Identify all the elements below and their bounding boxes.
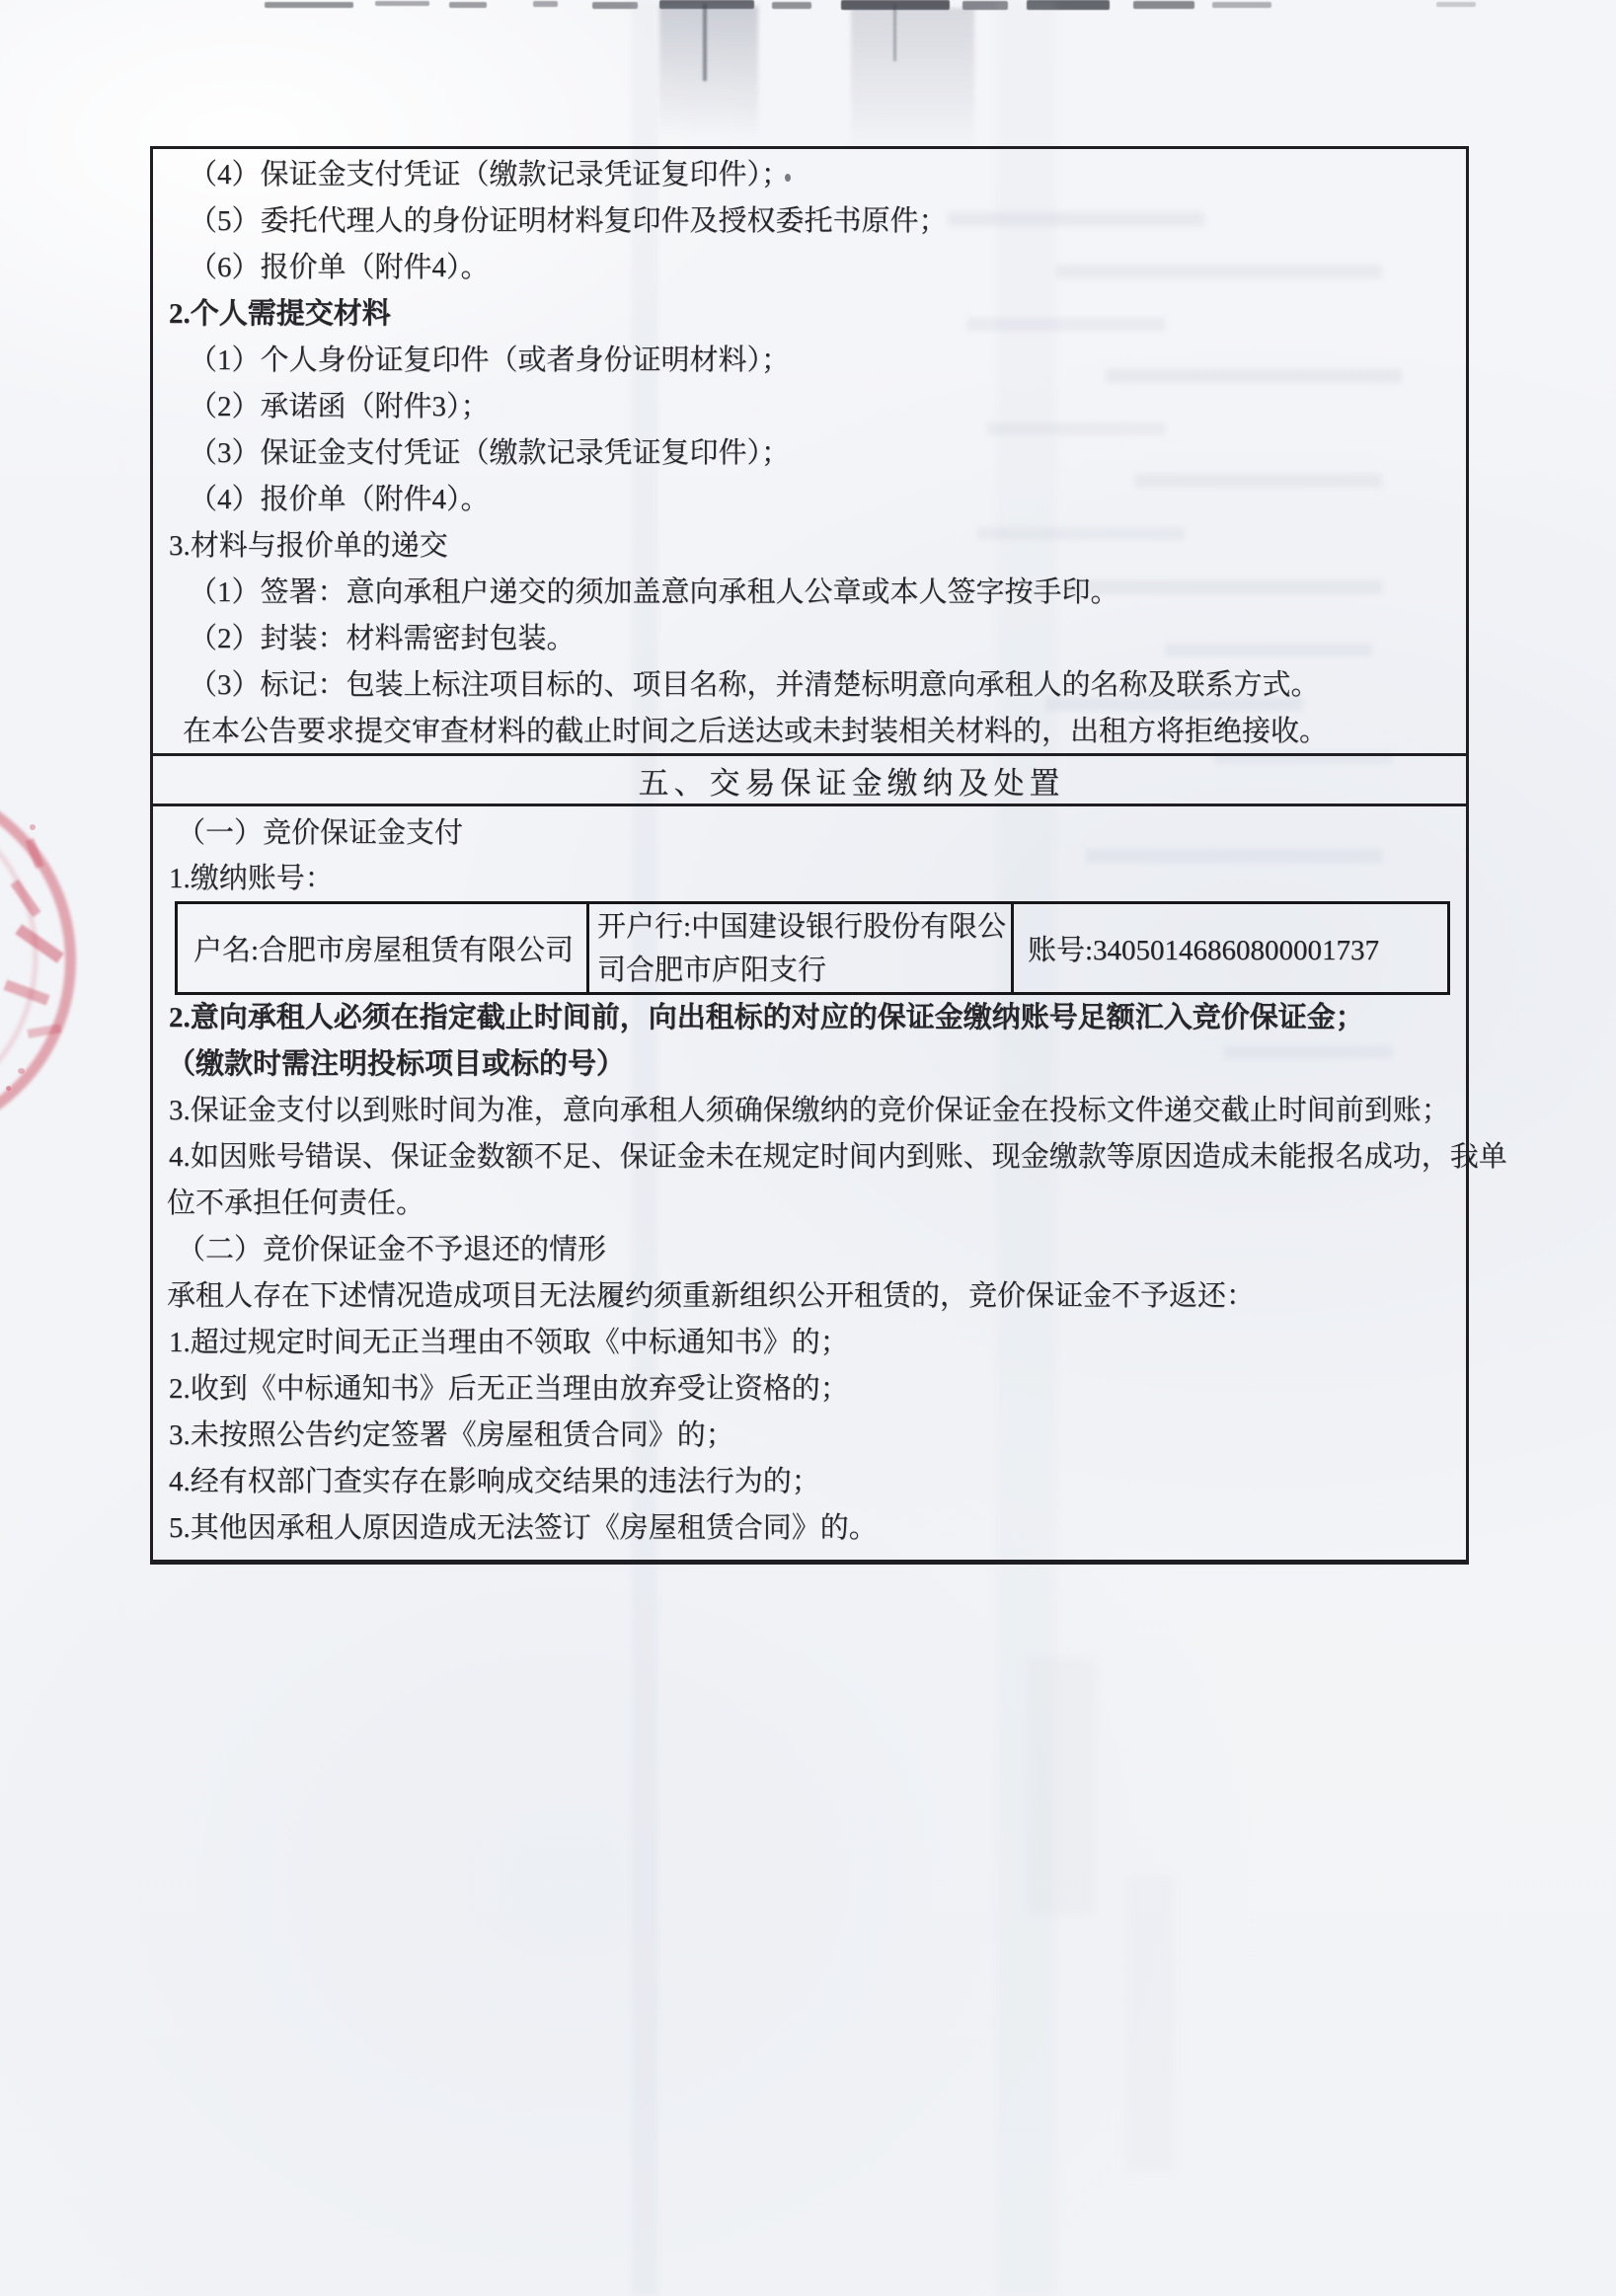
scan-smudge [1212, 2, 1271, 8]
doc-line: 承租人存在下述情况造成项目无法履约须重新组织公开租赁的，竞价保证金不予返还： [153, 1273, 1466, 1320]
scan-smudge [375, 1, 429, 6]
doc-line: （1）签署：意向承租户递交的须加盖意向承租人公章或本人签字按手印。 [153, 570, 1466, 616]
doc-line: （6）报价单（附件4）。 [153, 245, 1466, 291]
deposit-account-table: 户名:合肥市房屋租赁有限公司 开户行:中国建设银行股份有限公司合肥市庐阳支行 账… [175, 901, 1450, 995]
doc-line: 4.如因账号错误、保证金数额不足、保证金未在规定时间内到账、现金缴款等原因造成未… [153, 1134, 1466, 1181]
doc-line: 3.未按照公告约定签署《房屋租赁合同》的； [153, 1413, 1466, 1459]
scan-drip-line [893, 4, 896, 61]
section-5-title: 五、交易保证金缴纳及处置 [639, 758, 1065, 803]
doc-line: 3.材料与报价单的递交 [153, 523, 1466, 570]
scan-drip-line [703, 4, 707, 81]
red-stamp-speck [6, 1086, 11, 1091]
scan-smudge [1436, 2, 1476, 7]
doc-line: 1.缴纳账号： [153, 856, 1466, 901]
doc-line: 2.收到《中标通知书》后无正当理由放弃受让资格的； [153, 1366, 1466, 1413]
document-table: （4）保证金支付凭证（缴款记录凭证复印件）； （5）委托代理人的身份证明材料复印… [150, 146, 1469, 1565]
scan-smudge [265, 2, 353, 8]
section-5-header-row: 五、交易保证金缴纳及处置 [153, 753, 1466, 806]
scan-drip-streak [851, 8, 974, 151]
doc-line: 位不承担任何责任。 [153, 1181, 1466, 1227]
doc-line: 2.意向承租人必须在指定截止时间前，向出租标的对应的保证金缴纳账号足额汇入竞价保… [153, 995, 1466, 1041]
section-4-materials-block: （4）保证金支付凭证（缴款记录凭证复印件）； （5）委托代理人的身份证明材料复印… [153, 149, 1466, 753]
doc-line: （3）保证金支付凭证（缴款记录凭证复印件）； [153, 430, 1466, 477]
doc-line: 1.超过规定时间无正当理由不领取《中标通知书》的； [153, 1320, 1466, 1366]
doc-line: （5）委托代理人的身份证明材料复印件及授权委托书原件； [153, 198, 1466, 245]
doc-line: （1）个人身份证复印件（或者身份证明材料）； [153, 338, 1466, 384]
doc-line: 在本公告要求提交审查材料的截止时间之后送达或未封装相关材料的，出租方将拒绝接收。 [153, 709, 1466, 755]
doc-line: （2）封装：材料需密封包装。 [153, 616, 1466, 662]
doc-line: （3）标记：包装上标注项目标的、项目名称，并清楚标明意向承租人的名称及联系方式。 [153, 662, 1466, 709]
doc-line: 2.个人需提交材料 [153, 291, 1466, 338]
doc-line: （缴款时需注明投标项目或标的号） [153, 1041, 1466, 1088]
account-number-cell: 账号:34050146860800001737 [1014, 904, 1447, 992]
doc-line: （二）竞价保证金不予退还的情形 [153, 1227, 1466, 1273]
doc-line: （4）报价单（附件4）。 [153, 477, 1466, 523]
scan-smudge [1133, 1, 1194, 9]
doc-line: （4）保证金支付凭证（缴款记录凭证复印件）； [153, 152, 1466, 198]
doc-line: 3.保证金支付以到账时间为准，意向承租人须确保缴纳的竞价保证金在投标文件递交截止… [153, 1088, 1466, 1134]
doc-line: （一）竞价保证金支付 [153, 810, 1466, 856]
bleed-mark [1027, 1658, 1096, 1915]
scan-smudge [533, 1, 558, 7]
doc-line: 5.其他因承租人原因造成无法签订《房屋租赁合同》的。 [153, 1505, 1466, 1552]
bank-branch-cell: 开户行:中国建设银行股份有限公司合肥市庐阳支行 [589, 904, 1014, 992]
section-5-content-block: （一）竞价保证金支付 1.缴纳账号： 户名:合肥市房屋租赁有限公司 开户行:中国… [153, 806, 1466, 1552]
red-stamp-speck [18, 1068, 25, 1074]
bleed-mark [1125, 1875, 1175, 2172]
scan-smudge [449, 2, 487, 8]
account-name-cell: 户名:合肥市房屋租赁有限公司 [178, 904, 589, 992]
red-stamp-speck [30, 824, 36, 830]
scanned-document-page: { "document": { "section4": { "lines": [… [0, 0, 1616, 2296]
doc-line: 4.经有权部门查实存在影响成交结果的违法行为的； [153, 1459, 1466, 1505]
doc-line: （2）承诺函（附件3）； [153, 384, 1466, 430]
scan-smudge [772, 2, 811, 9]
scan-drip-streak [659, 6, 758, 139]
